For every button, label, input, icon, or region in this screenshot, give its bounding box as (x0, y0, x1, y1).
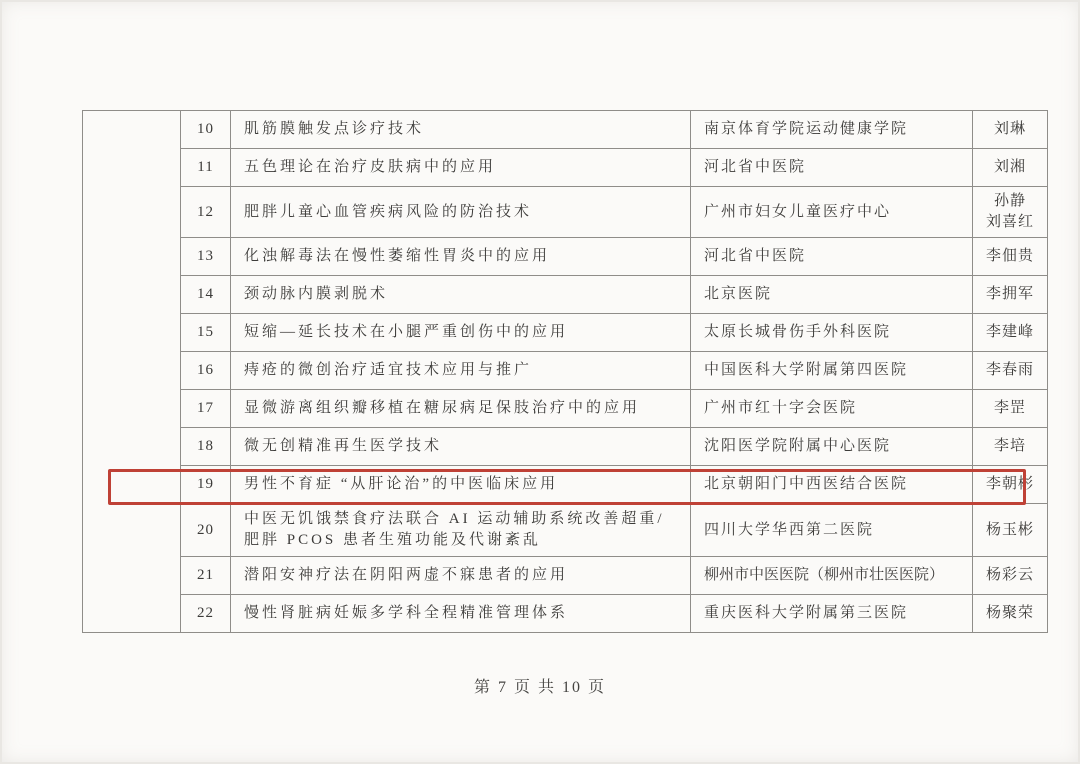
table-row: 12 肥胖儿童心血管疾病风险的防治技术 广州市妇女儿童医疗中心 孙静 刘喜红 (83, 187, 1048, 238)
person-name-cell: 杨玉彬 (973, 504, 1048, 557)
project-name-cell: 颈动脉内膜剥脱术 (231, 276, 691, 314)
person-name-cell: 李春雨 (973, 352, 1048, 390)
organization-cell: 中国医科大学附属第四医院 (691, 352, 973, 390)
person-name-cell: 孙静 刘喜红 (973, 187, 1048, 238)
row-number-cell: 11 (181, 149, 231, 187)
row-number-cell: 18 (181, 428, 231, 466)
project-name-cell: 肌筋膜触发点诊疗技术 (231, 111, 691, 149)
row-number-cell: 14 (181, 276, 231, 314)
project-name-cell: 男性不育症 “从肝论治”的中医临床应用 (231, 466, 691, 504)
person-name-cell: 李罡 (973, 390, 1048, 428)
organization-cell: 四川大学华西第二医院 (691, 504, 973, 557)
project-name-cell: 慢性肾脏病妊娠多学科全程精准管理体系 (231, 595, 691, 633)
page-footer: 第 7 页 共 10 页 (0, 674, 1080, 697)
person-name-cell: 李佃贵 (973, 238, 1048, 276)
row-number-cell: 20 (181, 504, 231, 557)
page-number-text: 第 7 页 共 10 页 (474, 679, 606, 696)
table-row: 11 五色理论在治疗皮肤病中的应用 河北省中医院 刘湘 (83, 149, 1048, 187)
document-table: 10 肌筋膜触发点诊疗技术 南京体育学院运动健康学院 刘琳 11 五色理论在治疗… (82, 110, 1048, 633)
person-name-cell: 刘湘 (973, 149, 1048, 187)
organization-cell: 柳州市中医医院（柳州市壮医医院） (691, 557, 973, 595)
table-row: 20 中医无饥饿禁食疗法联合 AI 运动辅助系统改善超重/肥胖 PCOS 患者生… (83, 504, 1048, 557)
person-name-cell: 杨彩云 (973, 557, 1048, 595)
left-empty-column (83, 111, 181, 633)
table-row: 22 慢性肾脏病妊娠多学科全程精准管理体系 重庆医科大学附属第三医院 杨聚荣 (83, 595, 1048, 633)
organization-cell: 广州市妇女儿童医疗中心 (691, 187, 973, 238)
organization-cell: 河北省中医院 (691, 149, 973, 187)
table-row: 10 肌筋膜触发点诊疗技术 南京体育学院运动健康学院 刘琳 (83, 111, 1048, 149)
table-row: 16 痔疮的微创治疗适宜技术应用与推广 中国医科大学附属第四医院 李春雨 (83, 352, 1048, 390)
table-row: 18 微无创精准再生医学技术 沈阳医学院附属中心医院 李培 (83, 428, 1048, 466)
person-name-cell: 李拥军 (973, 276, 1048, 314)
row-number-cell: 16 (181, 352, 231, 390)
organization-cell: 太原长城骨伤手外科医院 (691, 314, 973, 352)
person-name-cell: 李朝彬 (973, 466, 1048, 504)
organization-cell: 广州市红十字会医院 (691, 390, 973, 428)
project-name-cell: 中医无饥饿禁食疗法联合 AI 运动辅助系统改善超重/肥胖 PCOS 患者生殖功能… (231, 504, 691, 557)
project-name-cell: 微无创精准再生医学技术 (231, 428, 691, 466)
project-name-cell: 五色理论在治疗皮肤病中的应用 (231, 149, 691, 187)
organization-cell: 南京体育学院运动健康学院 (691, 111, 973, 149)
row-number-cell: 22 (181, 595, 231, 633)
row-number-cell: 17 (181, 390, 231, 428)
row-number-cell: 15 (181, 314, 231, 352)
row-number-cell: 19 (181, 466, 231, 504)
row-number-cell: 12 (181, 187, 231, 238)
row-number-cell: 21 (181, 557, 231, 595)
person-name-cell: 杨聚荣 (973, 595, 1048, 633)
organization-cell: 沈阳医学院附属中心医院 (691, 428, 973, 466)
table-row: 15 短缩—延长技术在小腿严重创伤中的应用 太原长城骨伤手外科医院 李建峰 (83, 314, 1048, 352)
table-body: 10 肌筋膜触发点诊疗技术 南京体育学院运动健康学院 刘琳 11 五色理论在治疗… (83, 111, 1048, 633)
organization-cell: 河北省中医院 (691, 238, 973, 276)
organization-cell: 重庆医科大学附属第三医院 (691, 595, 973, 633)
project-name-cell: 化浊解毒法在慢性萎缩性胃炎中的应用 (231, 238, 691, 276)
table-row: 21 潜阳安神疗法在阴阳两虚不寐患者的应用 柳州市中医医院（柳州市壮医医院） 杨… (83, 557, 1048, 595)
person-name-cell: 李培 (973, 428, 1048, 466)
project-name-cell: 痔疮的微创治疗适宜技术应用与推广 (231, 352, 691, 390)
table-row: 14 颈动脉内膜剥脱术 北京医院 李拥军 (83, 276, 1048, 314)
project-name-cell: 潜阳安神疗法在阴阳两虚不寐患者的应用 (231, 557, 691, 595)
row-number-cell: 10 (181, 111, 231, 149)
table-row: 17 显微游离组织瓣移植在糖尿病足保肢治疗中的应用 广州市红十字会医院 李罡 (83, 390, 1048, 428)
person-name-cell: 李建峰 (973, 314, 1048, 352)
project-name-cell: 显微游离组织瓣移植在糖尿病足保肢治疗中的应用 (231, 390, 691, 428)
scanned-document-page: 10 肌筋膜触发点诊疗技术 南京体育学院运动健康学院 刘琳 11 五色理论在治疗… (0, 0, 1080, 764)
table-row: 13 化浊解毒法在慢性萎缩性胃炎中的应用 河北省中医院 李佃贵 (83, 238, 1048, 276)
project-name-cell: 肥胖儿童心血管疾病风险的防治技术 (231, 187, 691, 238)
person-name-cell: 刘琳 (973, 111, 1048, 149)
table-row: 19 男性不育症 “从肝论治”的中医临床应用 北京朝阳门中西医结合医院 李朝彬 (83, 466, 1048, 504)
organization-cell: 北京朝阳门中西医结合医院 (691, 466, 973, 504)
project-name-cell: 短缩—延长技术在小腿严重创伤中的应用 (231, 314, 691, 352)
row-number-cell: 13 (181, 238, 231, 276)
organization-cell: 北京医院 (691, 276, 973, 314)
